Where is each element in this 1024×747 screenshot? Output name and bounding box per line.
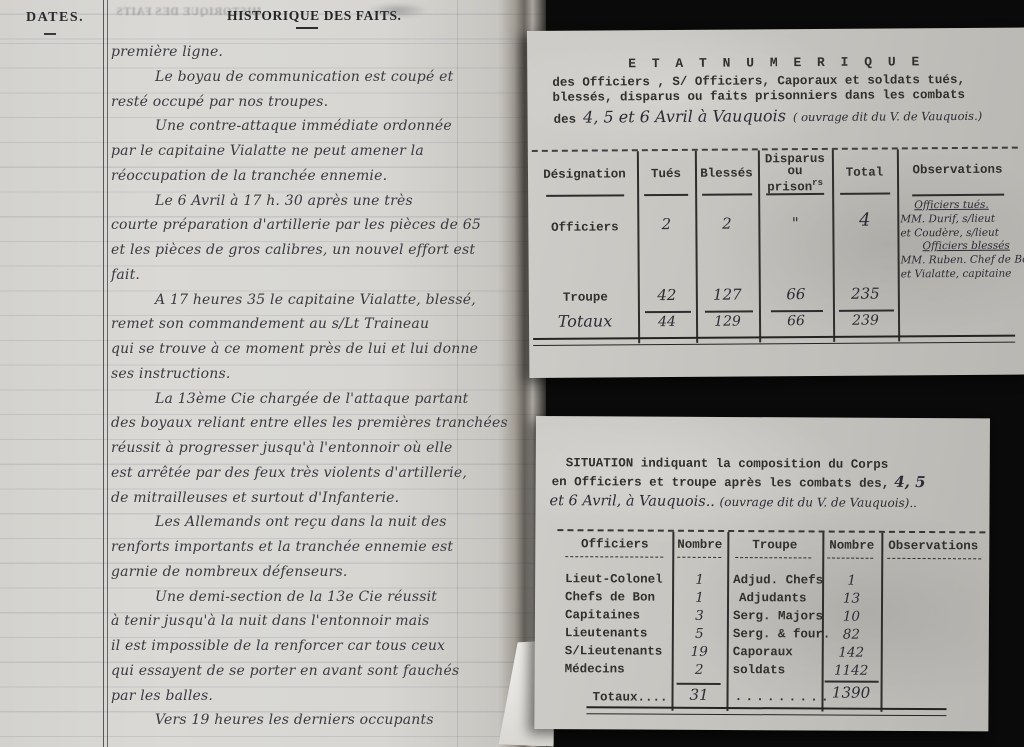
col-header-designation: Désignation [532,167,637,182]
etat-subtitle-1: des Officiers , S/ Officiers, Caporaux e… [552,73,965,90]
observations-notes: Officiers tués. MM. Durif, s/lieut et Co… [900,199,1019,283]
journal-line: ses instructions. [111,366,511,391]
totals-rule [645,311,691,313]
row-label-officiers: Officiers [532,220,637,235]
header-underline [887,558,981,559]
journal-line: à tenir jusqu'à la nuit dans l'entonnoir… [111,613,511,638]
journal-line: Le 6 Avril à 17 h. 30 après une très [111,193,511,218]
troupe-rank: Adjud. Chefs [733,573,821,587]
col-header-nombre-1: Nombre [672,538,727,552]
officiers-tues: 2 [637,215,695,233]
situation-title-2-hand: 4, 5 [894,473,925,491]
totals-officiers: 31 [671,686,726,704]
journal-line: Une contre-attaque immédiate ordonnée [111,118,511,143]
journal-line: de mitrailleuses et surtout d'Infanterie… [111,490,511,515]
situation-document: SITUATION indiquant la composition du Co… [534,416,990,731]
ink-smudge [366,3,428,18]
header-underline [644,194,688,196]
header-underline [912,194,1004,196]
etat-date-handwritten: 4, 5 et 6 Avril à Vauquois [583,106,786,126]
etat-numerique-document: E T A T N U M E R I Q U E des Officiers … [527,28,1024,378]
col-header-observations: Observations [881,539,985,554]
officier-rank: Capitaines [565,608,671,623]
officier-count: 1 [672,590,727,606]
col-header-disparus: Disparus ou prisonrs [758,153,832,194]
totaux-disparus: 66 [759,313,833,330]
troupe-rank: soldats [733,663,821,677]
table-bottom-rule [533,335,1015,346]
officiers-disparus: " [758,214,832,233]
header-underline [827,558,873,559]
journal-line: réussit à progresser jusqu'à l'entonnoir… [111,440,511,465]
journal-line: est arrêtée par des feux très violents d… [111,465,511,490]
header-underline [735,557,811,558]
situation-title-2: en Officiers et troupe après les combats… [552,471,926,491]
officier-rank: Médecins [565,662,671,677]
totals-troupe: 1390 [822,683,881,701]
etat-date-line: des4, 5 et 6 Avril à Vauquois( ouvrage d… [554,105,983,128]
officier-rank: Lieutenants [565,626,671,641]
journal-line: fait. [111,267,511,292]
totals-rule [839,309,894,311]
troupe-count: 13 [822,591,881,607]
etat-subtitle-2: blessés, disparus ou faits prisonniers d… [552,88,965,105]
officier-count: 5 [672,626,727,642]
officier-count: 2 [672,662,727,678]
casualty-table: Désignation Tués Blessés Disparus ou pri… [532,147,1019,344]
journal-line: des boyaux reliant entre elles les premi… [111,415,511,440]
journal-page: DATES. HISTORIQUE DES FAITS HISTORIQUE D… [0,0,546,747]
officier-rank: S/Lieutenants [565,644,671,659]
col-header-total: Total [832,165,897,179]
troupe-rank: Caporaux [733,645,821,659]
etat-date-prefix: des [554,113,577,127]
totals-dots: ......... [734,689,831,705]
journal-line: remet son commandement au s/Lt Traineau [111,316,511,341]
officier-count: 19 [672,644,727,660]
troupe-count: 142 [822,644,881,660]
col-header-tues: Tués [637,167,695,181]
situation-title-1: SITUATION indiquant la composition du Co… [566,456,889,472]
troupe-tues: 42 [638,286,696,304]
officier-count: 1 [672,572,727,588]
etat-date-note: ( ouvrage dit du V. de Vauquois.) [793,109,982,124]
journal-line: il est impossible de la renforcer car to… [111,638,511,663]
journal-line: Les Allemands ont reçu dans la nuit des [111,514,511,539]
journal-line: garnie de nombreux défenseurs. [111,564,511,589]
troupe-count: 1 [822,573,881,589]
journal-line: A 17 heures 35 le capitaine Vialatte, bl… [111,292,511,317]
totals-rule [825,681,879,683]
row-label-totaux: Totaux [535,311,635,331]
table-bottom-rule [586,706,946,716]
totaux-blesses: 129 [696,313,759,329]
col-header-officiers: Officiers [557,537,672,552]
header-underline [840,192,890,194]
header-underline [702,193,752,195]
dates-dash [44,33,56,35]
journal-line: par les balles. [111,688,511,713]
journal-line: La 13ème Cie chargée de l'attaque partan… [111,391,511,416]
journal-line: courte préparation d'artillerie par les … [111,217,511,242]
header-underline [565,556,663,558]
troupe-disparus: 66 [759,285,833,304]
officiers-blesses: 2 [695,214,758,232]
troupe-rank: Adjudants [733,591,827,605]
journal-line: qui se trouve à ce moment près de lui et… [111,341,511,366]
journal-line: et les pièces de gros calibres, un nouve… [111,242,511,267]
troupe-total: 235 [833,284,898,302]
header-underline [766,193,824,195]
officier-rank: Lieut-Colonel [565,572,671,587]
journal-line: Le boyau de communication est coupé et [111,69,511,94]
col-header-blesses: Blessés [695,166,758,180]
troupe-count: 1142 [822,662,881,678]
handwritten-entry: première ligne.Le boyau de communication… [111,44,511,737]
totals-label: Totaux.... [592,690,667,704]
journal-line: renforts importants et la tranchée ennem… [111,539,511,564]
dates-column-header: DATES. [26,10,84,26]
journal-line: qui essayent de se porter en avant sont … [111,663,511,688]
officier-rank: Chefs de Bon [565,590,671,605]
troupe-rank: Serg. Majors [733,609,821,623]
journal-line: première ligne. [111,44,511,69]
page-title-underline [296,27,318,29]
totals-rule [771,310,823,312]
margin-double-rule [103,0,108,747]
totals-rule [677,683,721,685]
journal-line: par le capitaine Vialatte ne peut amener… [111,143,511,168]
journal-line: Une demi-section de la 13e Cie réussit [111,589,511,614]
journal-line: réoccupation de la tranchée ennemie. [111,168,511,193]
row-label-troupe: Troupe [533,290,638,305]
officier-count: 3 [672,608,727,624]
scanned-war-diary-page: DATES. HISTORIQUE DES FAITS HISTORIQUE D… [0,0,1024,747]
troupe-rank: Serg. & four. [733,627,821,641]
journal-line: resté occupé par nos troupes. [111,94,511,119]
journal-line: Vers 19 heures les derniers occupants [111,712,511,737]
composition-table: Officiers Nombre Troupe Nombre Observati… [556,529,985,717]
situation-title-3: et 6 Avril, à Vauquois.. (ouvrage dit du… [550,493,918,511]
totals-rule [705,310,753,312]
col-header-nombre-2: Nombre [822,539,881,553]
etat-title: E T A T N U M E R I Q U E [537,54,1014,72]
troupe-count: 10 [822,609,881,625]
totaux-total: 239 [833,312,898,328]
officiers-total: 4 [832,209,897,230]
troupe-count: 82 [822,626,881,642]
col-header-troupe: Troupe [727,538,822,552]
troupe-blesses: 127 [696,285,759,303]
header-underline [677,557,721,558]
header-underline [546,194,624,196]
col-header-observations: Observations [897,163,1018,178]
totaux-tues: 44 [638,314,696,330]
